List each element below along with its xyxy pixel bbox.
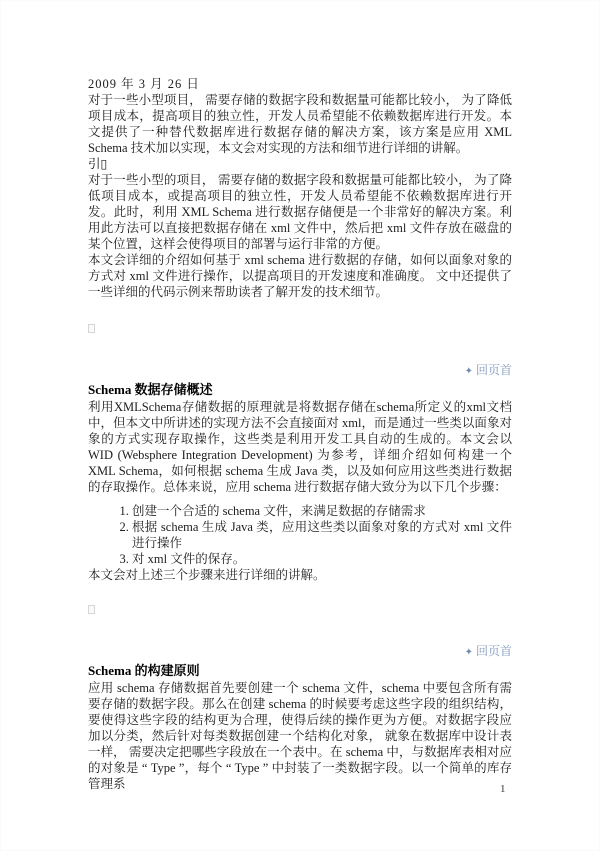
- diamond-icon: ✦: [465, 366, 473, 377]
- back-to-top-label: 回页首: [476, 363, 512, 377]
- list-item: 对 xml 文件的保存。: [132, 551, 512, 567]
- overview-steps-list: 创建一个合适的 schema 文件，来满足数据的存储需求 根据 schema 生…: [114, 503, 512, 567]
- page-number: 1: [500, 781, 506, 797]
- principles-paragraph: 应用 schema 存储数据首先要创建一个 schema 文件，schema 中…: [88, 680, 512, 792]
- section-heading-principles: Schema 的构建原则: [88, 662, 512, 680]
- document-page: 2009 年 3 月 26 日 对于一些小型项目， 需要存储的数据字段和数据量可…: [0, 0, 600, 851]
- intro-paragraph-1: 对于一些小型的项目， 需要存储的数据字段和数据量可能都比较小， 为了降低项目成本…: [88, 172, 512, 252]
- diamond-icon: ✦: [465, 647, 473, 658]
- back-to-top-link-1[interactable]: ✦回页首: [465, 363, 512, 377]
- intro-section-label: 引▯: [88, 156, 512, 172]
- overview-closing-paragraph: 本文会对上述三个步骤来进行详细的讲解。: [88, 567, 512, 583]
- section-heading-overview: Schema 数据存储概述: [88, 381, 512, 399]
- broken-image-icon: [88, 324, 95, 333]
- overview-paragraph: 利用XMLSchema存储数据的原理就是将数据存储在schema所定义的xml文…: [88, 399, 512, 495]
- back-to-top-row-1: ✦回页首: [88, 363, 512, 379]
- back-to-top-label: 回页首: [476, 644, 512, 658]
- list-item: 创建一个合适的 schema 文件，来满足数据的存储需求: [132, 503, 512, 519]
- back-to-top-row-2: ✦回页首: [88, 644, 512, 660]
- broken-image-icon: [88, 605, 95, 614]
- article-date: 2009 年 3 月 26 日: [88, 76, 512, 92]
- back-to-top-link-2[interactable]: ✦回页首: [465, 644, 512, 658]
- abstract-paragraph: 对于一些小型项目， 需要存储的数据字段和数据量可能都比较小， 为了降低项目成本，…: [88, 92, 512, 156]
- list-item: 根据 schema 生成 Java 类，应用这些类以面象对象的方式对 xml 文…: [132, 519, 512, 551]
- intro-paragraph-2: 本文会详细的介绍如何基于 xml schema 进行数据的存储，如何以面象对象的…: [88, 252, 512, 300]
